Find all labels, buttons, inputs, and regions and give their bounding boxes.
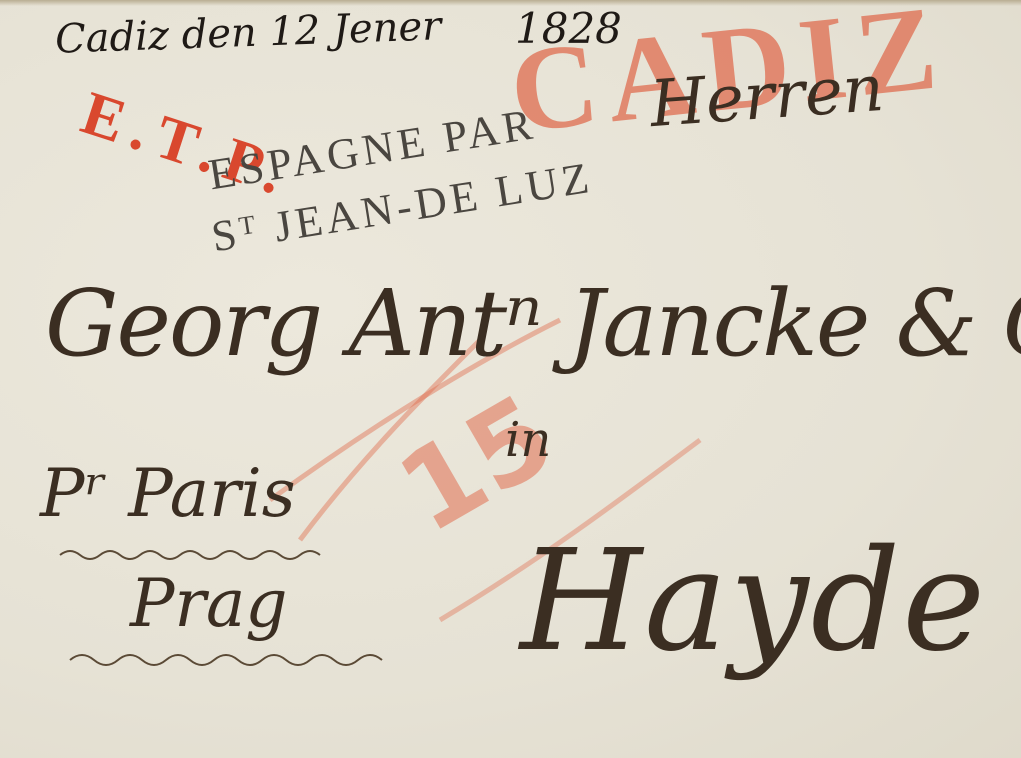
recipient-name: Georg Antⁿ Jancke & C° bbox=[45, 270, 1021, 377]
preposition-in: in bbox=[505, 412, 551, 468]
dateline-place-date: Cadiz den 12 Jener bbox=[54, 3, 442, 62]
dateline-year: 1828 bbox=[515, 4, 622, 53]
salutation: Herren bbox=[648, 52, 887, 142]
routing-via-prag: Prag bbox=[130, 565, 288, 642]
destination-city: Hayde bbox=[520, 520, 987, 683]
postal-cover: 15 CADIZ Cadiz den 12 Jener 1828 E.T.P. … bbox=[0, 0, 1021, 758]
routing-via-paris: Pʳ Paris bbox=[40, 455, 296, 532]
